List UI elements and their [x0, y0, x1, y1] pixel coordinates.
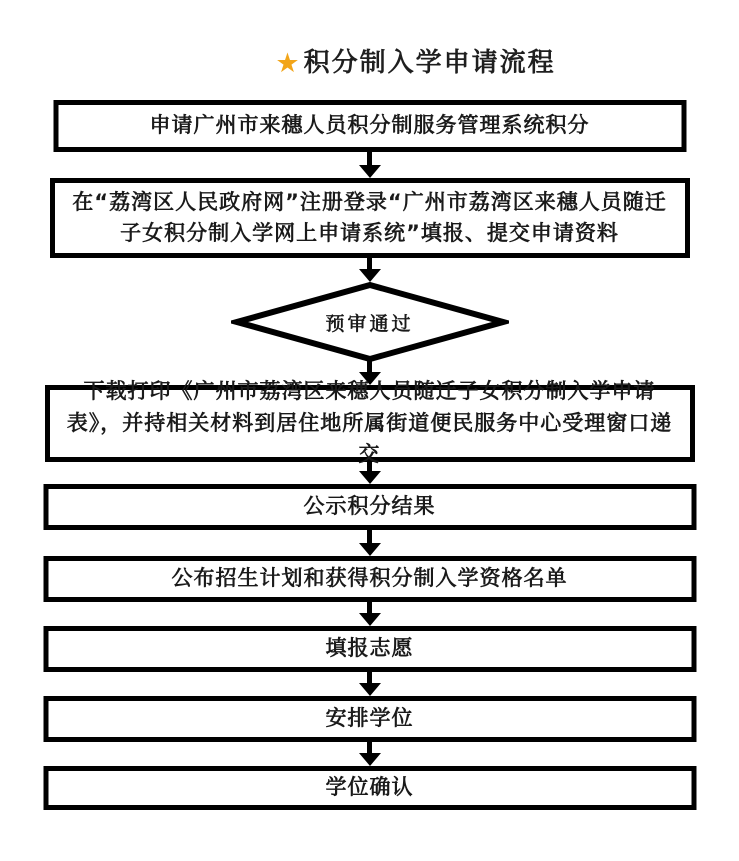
arrow-stem [367, 361, 372, 372]
arrow-stem [367, 258, 372, 269]
arrow-down-icon [358, 742, 382, 766]
arrow-down-icon [358, 530, 382, 556]
flow-step-publicize-results: 公示积分结果 [43, 484, 696, 530]
flow-step-fill-preferences: 填报志愿 [43, 626, 696, 672]
arrow-head [359, 613, 381, 626]
arrow-down-icon [358, 152, 382, 178]
arrow-stem [367, 672, 372, 683]
arrow-stem [367, 602, 372, 613]
arrow-head [359, 683, 381, 696]
arrow-head [359, 543, 381, 556]
flow-step-arrange-placement: 安排学位 [43, 696, 696, 742]
decision-label: 预审通过 [231, 281, 509, 363]
flowchart-page: ★积分制入学申请流程 申请广州市来穗人员积分制服务管理系统积分 在“荔湾区人民政… [0, 0, 739, 861]
arrow-head [359, 165, 381, 178]
flow-step-confirm-placement: 学位确认 [43, 766, 696, 810]
flow-step-register-online: 在“荔湾区人民政府网”注册登录“广州市荔湾区来穗人员随迁子女积分制入学网上申请系… [50, 178, 690, 258]
arrow-stem [367, 742, 372, 753]
arrow-stem [367, 530, 372, 543]
flow-step-apply-points: 申请广州市来穗人员积分制服务管理系统积分 [53, 100, 686, 152]
arrow-down-icon [358, 258, 382, 282]
flow-step-announce-plan: 公布招生计划和获得积分制入学资格名单 [43, 556, 696, 602]
page-title-text: 积分制入学申请流程 [304, 48, 556, 78]
flow-decision-preapproval: 预审通过 [231, 281, 509, 363]
flow-step-download-submit: 下载打印《广州市荔湾区来穗人员随迁子女积分制入学申请表》，并持相关材料到居住地所… [45, 385, 695, 462]
arrow-down-icon [358, 672, 382, 696]
arrow-stem [367, 152, 372, 165]
arrow-down-icon [358, 602, 382, 626]
arrow-head [359, 471, 381, 484]
arrow-stem [367, 462, 372, 471]
arrow-down-icon [358, 462, 382, 484]
star-icon: ★ [275, 48, 301, 79]
arrow-head [359, 753, 381, 766]
page-title: ★积分制入学申请流程 [0, 42, 739, 79]
